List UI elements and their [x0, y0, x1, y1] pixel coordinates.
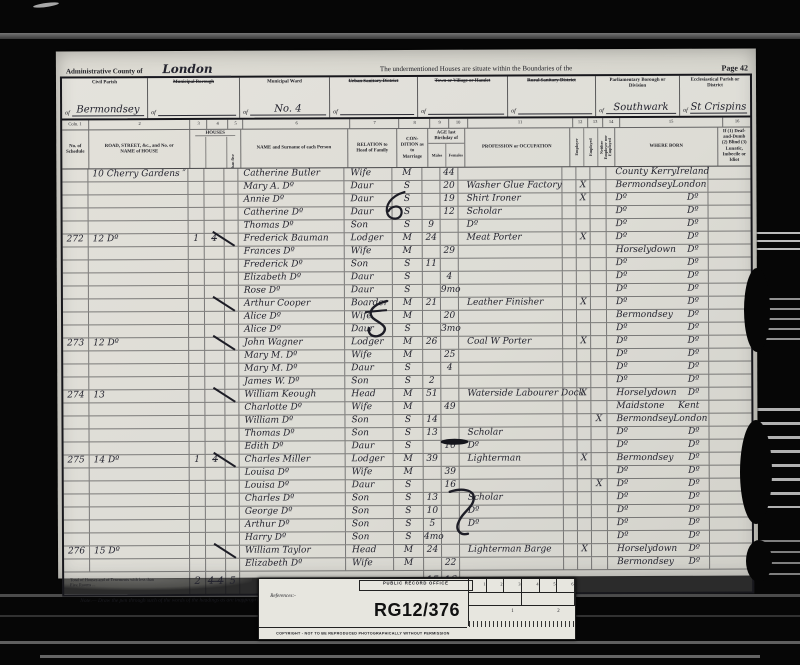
district-box: Parliamentary Borough or Division of Sou… [596, 76, 680, 116]
age-female-cell [442, 506, 460, 518]
schedule-number-cell [63, 416, 89, 428]
employed-mark-cell [577, 219, 591, 231]
born-place: Dº [616, 232, 628, 244]
employer-mark-cell [563, 310, 577, 322]
address-cell [90, 559, 190, 571]
pro-office-label: PUBLIC RECORD OFFICE [383, 582, 449, 586]
header-name: NAME and Surname of each Person [241, 129, 348, 167]
neither-mark-cell [591, 245, 607, 257]
header-age-label: AGE last Birthday of [432, 130, 461, 142]
houses-uninhabited-cell [205, 416, 225, 428]
relation-cell: Son [345, 259, 393, 271]
district-value: of Bermondsey [62, 95, 147, 119]
age-male-cell: 24 [424, 545, 442, 557]
header-employment-group: Employer Employed Neither Employer nor E… [570, 128, 615, 166]
ruler-cell: 4 [522, 579, 540, 592]
rooms-cell [225, 364, 239, 376]
column-header-row: No. of Schedule ROAD, STREET, &c., and N… [62, 128, 750, 170]
person-name-cell: Alice Dº [239, 324, 345, 336]
rooms-cell [226, 507, 240, 519]
person-name-cell: Charles Dº [240, 493, 346, 505]
employed-mark-cell [578, 505, 592, 517]
houses-inhabited-cell [189, 416, 205, 428]
rooms-cell [225, 403, 239, 415]
where-born-cell: Maidstone Kent [607, 401, 709, 413]
employer-mark-cell [563, 297, 577, 309]
schedule-number-cell [63, 273, 89, 285]
houses-total-label-text: Total of Houses and of Tenements with le… [70, 578, 156, 588]
schedule-number-cell: 275 [64, 455, 90, 467]
houses-inhabited-cell [190, 507, 206, 519]
employer-mark-cell [563, 375, 577, 387]
header-profession-label: PROFESSION or OCCUPATION [482, 144, 552, 150]
address-cell: 12 Dº [89, 234, 189, 246]
employer-mark-cell [563, 323, 577, 335]
houses-inhabited-cell [189, 299, 205, 311]
person-name-cell: Mary M. Dº [239, 350, 345, 362]
rooms-cell [225, 390, 239, 402]
district-box: Civil Parish of Bermondsey [62, 78, 148, 118]
column-number: 16 [723, 118, 750, 127]
employed-mark-cell [577, 284, 591, 296]
where-born-cell: Dº Dº [607, 362, 709, 374]
born-place: Dº [617, 531, 629, 543]
employer-mark-cell [562, 193, 576, 205]
born-place: Horselydown [616, 388, 676, 400]
person-name-cell: Arthur Cooper [239, 298, 345, 310]
employer-mark-cell [564, 492, 578, 504]
houses-uninhabited-cell [206, 494, 226, 506]
district-box: Rural Sanitary District of [508, 76, 596, 116]
employed-mark-cell [578, 531, 592, 543]
copyright-strip: COPYRIGHT - NOT TO BE REPRODUCED PHOTOGR… [259, 627, 467, 639]
employer-mark-cell [563, 401, 577, 413]
condition-cell: S [394, 493, 424, 505]
relation-cell: Daur [344, 181, 392, 193]
neither-mark-cell [592, 466, 608, 478]
occupation-cell [460, 557, 564, 569]
schedule-number-cell [63, 299, 89, 311]
infirmity-cell [709, 244, 751, 256]
neither-mark-cell [592, 440, 608, 452]
boundary-statement: The undermentioned Houses are situate wi… [231, 64, 722, 76]
address-cell [89, 221, 189, 233]
schedule-number-cell [64, 559, 90, 571]
rooms-cell [224, 182, 238, 194]
condition-cell: S [393, 363, 423, 375]
houses-uninhabited-cell [206, 507, 226, 519]
schedule-number-cell [62, 195, 88, 207]
where-born-cell: Horselydown Dº [607, 245, 709, 257]
district-value: of [148, 94, 239, 118]
occupation-cell [460, 466, 564, 478]
occupation-cell [459, 323, 563, 335]
where-born-cell: Bermondsey Dº [607, 310, 709, 322]
header-profession: PROFESSION or OCCUPATION [465, 128, 570, 166]
condition-cell: M [393, 233, 423, 245]
schedule-number-cell [63, 312, 89, 324]
person-name-cell: Charlotte Dº [239, 402, 345, 414]
born-place: Dº [616, 297, 628, 309]
district-label: Town or Village or Hamlet [426, 77, 499, 91]
scan-streak [756, 232, 800, 254]
relation-cell: Head [346, 545, 394, 557]
age-female-cell [441, 389, 459, 401]
age-female-cell: 44 [440, 168, 458, 180]
person-name-cell: James W. Dº [239, 376, 345, 388]
born-place: Dº [616, 349, 628, 361]
where-born-cell: Dº Dº [607, 284, 709, 296]
address-cell [89, 312, 189, 324]
schedule-number-cell [63, 377, 89, 389]
age-female-cell: 20 [441, 311, 459, 323]
person-name-cell: Thomas Dº [240, 428, 346, 440]
occupation-cell [459, 401, 563, 413]
infirmity-cell [709, 231, 751, 243]
schedule-number-cell [63, 260, 89, 272]
district-value: of Southwark [596, 92, 679, 116]
district-label: Ecclesiastical Parish or District [686, 76, 743, 90]
schedule-number-cell [64, 520, 90, 532]
employed-mark-cell [576, 167, 590, 179]
relation-cell: Wife [345, 246, 393, 258]
schedule-number-cell [64, 442, 90, 454]
infirmity-cell [710, 517, 752, 529]
schedule-number-cell [62, 169, 88, 181]
pro-office-box: PUBLIC RECORD OFFICE [359, 580, 473, 591]
header-employed-label: Employed [589, 138, 593, 156]
age-female-cell [442, 454, 460, 466]
neither-mark-cell [591, 349, 607, 361]
district-value-text [158, 115, 236, 116]
employed-mark-cell: X [577, 336, 591, 348]
condition-cell: S [394, 480, 424, 492]
employer-mark-cell [564, 531, 578, 543]
neither-mark-cell [591, 258, 607, 270]
neither-mark-cell [592, 518, 608, 530]
rooms-cell [225, 416, 239, 428]
schedule-number-cell [62, 182, 88, 194]
employed-mark-cell [578, 518, 592, 530]
relation-cell: Wife [344, 168, 392, 180]
employer-mark-cell [564, 557, 578, 569]
houses-inhabited-cell: 1 [190, 455, 206, 467]
relation-cell: Wife [346, 558, 394, 570]
occupation-cell [460, 531, 564, 543]
employed-mark-cell [577, 245, 591, 257]
schedule-number-cell [63, 351, 89, 363]
employed-mark-cell: X [577, 297, 591, 309]
rooms-cell [224, 195, 238, 207]
relation-cell: Lodger [345, 233, 393, 245]
age-male-cell [423, 350, 441, 362]
infirmity-cell [709, 257, 751, 269]
age-male-cell [423, 272, 441, 284]
employer-mark-cell [564, 544, 578, 556]
age-female-cell: 39 [442, 467, 460, 479]
born-county: Dº [688, 518, 700, 530]
condition-cell: M [393, 389, 423, 401]
district-value: of [418, 93, 507, 117]
occupation-cell: Dº [459, 219, 563, 231]
born-place: Bermondsey [616, 414, 673, 426]
where-born-cell: Horselydown Dº [607, 388, 709, 400]
person-name-cell: Catherine Dº [239, 207, 345, 219]
houses-uninhabited-cell [204, 182, 224, 194]
condition-cell: M [393, 246, 423, 258]
employer-mark-cell [564, 479, 578, 491]
person-name-cell: Frances Dº [239, 246, 345, 258]
district-label: Parliamentary Borough or Division [603, 76, 671, 90]
address-cell [90, 520, 190, 532]
born-county: Dº [689, 544, 701, 556]
rooms-cell [225, 208, 239, 220]
born-county: Dº [688, 427, 700, 439]
age-female-cell: 16 [442, 480, 460, 492]
employer-mark-cell [563, 219, 577, 231]
rooms-cell [225, 325, 239, 337]
employer-mark-cell [563, 271, 577, 283]
occupation-cell [459, 258, 563, 270]
relation-cell: Son [346, 493, 394, 505]
born-county: Kent [678, 401, 699, 413]
age-male-cell [422, 181, 440, 193]
occupation-cell: Waterside Labourer Dock [459, 388, 563, 400]
district-box: Ecclesiastical Parish or District of St … [680, 76, 750, 116]
person-name-cell: Alice Dº [239, 311, 345, 323]
born-place: Dº [617, 505, 629, 517]
column-number: 3 [190, 120, 207, 129]
age-male-cell [422, 194, 440, 206]
employer-mark-cell [562, 167, 576, 179]
relation-cell: Son [345, 376, 393, 388]
where-born-cell: Dº Dº [607, 336, 709, 348]
schedule-number-cell [63, 286, 89, 298]
houses-inhabited-cell [189, 351, 205, 363]
born-county: Dº [688, 310, 700, 322]
district-box: Urban Sanitary District of [330, 77, 418, 117]
district-value-text: St Crispins [690, 102, 747, 114]
occupation-cell [459, 375, 563, 387]
employer-mark-cell [563, 362, 577, 374]
where-born-cell: Dº Dº [608, 466, 710, 478]
address-cell [88, 182, 188, 194]
houses-inhabited-cell [189, 325, 205, 337]
houses-inhabited-cell [189, 403, 205, 415]
where-born-cell: Dº Dº [607, 297, 709, 309]
district-value: of [330, 94, 417, 118]
age-male-cell: 10 [424, 506, 442, 518]
age-female-cell: 19 [440, 194, 458, 206]
condition-cell: S [393, 285, 423, 297]
born-place: Bermondsey [615, 180, 672, 192]
age-female-cell: 3mo [441, 324, 459, 336]
born-county: Dº [687, 297, 699, 309]
census-form-page: Administrative County of London The unde… [56, 48, 758, 578]
born-place: Maidstone [616, 401, 664, 413]
rooms-cell [226, 559, 240, 571]
neither-mark-cell [591, 206, 607, 218]
houses-inhabited-cell [188, 182, 204, 194]
header-infirmity-label: If (1) Deaf-and-Dumb (2) Blind (3) Lunat… [721, 129, 747, 164]
rooms-cell [225, 299, 239, 311]
column-number: 5 [228, 120, 243, 129]
where-born-cell: Dº Dº [607, 427, 709, 439]
of-prefix: of [151, 110, 156, 116]
born-county: Dº [687, 232, 699, 244]
ruler-cell: 3 [504, 579, 522, 592]
neither-mark-cell [591, 284, 607, 296]
age-male-cell [423, 402, 441, 414]
houses-inhabited-cell [190, 494, 206, 506]
schedule-number-cell [64, 507, 90, 519]
person-name-cell: Annie Dº [238, 194, 344, 206]
person-name-cell: George Dº [240, 506, 346, 518]
relation-cell: Son [346, 519, 394, 531]
where-born-cell: Dº Dº [608, 531, 710, 543]
scanned-census-document: { "page": { "admin_county_label": "Admin… [0, 0, 800, 665]
ruler-cell: 6 [557, 579, 575, 592]
ruler-cell: 2 [487, 579, 505, 592]
infirmity-cell [709, 400, 751, 412]
age-female-cell: 10 [442, 441, 460, 453]
relation-cell: Daur [345, 272, 393, 284]
born-county: London [673, 414, 707, 426]
where-born-cell: Dº Dº [608, 440, 710, 452]
employer-mark-cell [564, 453, 578, 465]
address-cell [90, 494, 190, 506]
where-born-cell: Bermondsey London [606, 180, 708, 192]
header-name-label: NAME and Surname of each Person [257, 145, 332, 151]
address-cell [90, 468, 190, 480]
torn-edge [740, 420, 772, 524]
born-place: Horselydown [617, 544, 677, 556]
neither-mark-cell [591, 336, 607, 348]
rooms-cell [226, 442, 240, 454]
neither-mark-cell [590, 167, 606, 179]
rooms-cell [225, 312, 239, 324]
born-county: Dº [687, 206, 699, 218]
where-born-cell: Dº Dº [607, 258, 709, 270]
employer-mark-cell [563, 284, 577, 296]
scan-streak [0, 641, 800, 644]
column-number: 14 [603, 118, 620, 127]
census-table: Coln. 12345678910111213141516 No. of Sch… [60, 115, 754, 596]
where-born-cell: Dº Dº [608, 479, 710, 491]
occupation-cell: Meat Porter [459, 232, 563, 244]
age-male-cell [423, 207, 441, 219]
neither-mark-cell: X [591, 414, 607, 426]
schedule-number-cell: 272 [63, 234, 89, 246]
address-cell [89, 273, 189, 285]
header-road-label: ROAD, STREET, &c., and No. or NAME of HO… [99, 143, 179, 155]
born-county: Dº [688, 375, 700, 387]
houses-inhabited-cell [189, 364, 205, 376]
district-label: Municipal Ward [248, 77, 321, 91]
schedule-number-cell [63, 208, 89, 220]
born-county: Dº [688, 531, 700, 543]
houses-inhabited-cell [190, 481, 206, 493]
district-label: Urban Sanitary District [338, 77, 409, 91]
where-born-cell: Dº Dº [607, 206, 709, 218]
condition-cell: S [394, 506, 424, 518]
houses-inhabited-cell [189, 286, 205, 298]
condition-cell: S [394, 441, 424, 453]
district-box: Town or Village or Hamlet of [418, 77, 508, 117]
condition-cell: S [393, 428, 423, 440]
born-place: Dº [616, 323, 628, 335]
district-value: of St Crispins [680, 92, 750, 116]
born-place: Dº [616, 375, 628, 387]
occupation-cell: Dº [460, 505, 564, 517]
born-place: Dº [616, 427, 628, 439]
houses-inhabited-cell [188, 195, 204, 207]
inhabited-total: 2 [190, 572, 206, 594]
employer-mark-cell [563, 336, 577, 348]
header-rooms: Number of rooms occupied if less than fi… [227, 137, 241, 168]
born-place: Horselydown [616, 245, 676, 257]
born-place: Bermondsey [616, 310, 673, 322]
relation-cell: Wife [345, 402, 393, 414]
employed-mark-cell [577, 258, 591, 270]
header-relation-label: RELATION to Head of Family [353, 142, 391, 154]
born-place: County Kerry [615, 167, 676, 179]
employed-mark-cell [577, 414, 591, 426]
neither-mark-cell [591, 271, 607, 283]
reference-label: References:- [270, 593, 296, 598]
column-number: 15 [620, 118, 723, 127]
district-value: of No. 4 [240, 94, 329, 118]
person-name-cell: Mary M. Dº [239, 363, 345, 375]
reference-number: RG12/376 [347, 600, 487, 621]
condition-cell: S [393, 324, 423, 336]
occupation-cell [459, 284, 563, 296]
column-number: 7 [350, 119, 399, 128]
neither-mark-cell [591, 427, 607, 439]
age-male-cell [423, 285, 441, 297]
employer-mark-cell [563, 414, 577, 426]
relation-cell: Lodger [346, 454, 394, 466]
person-name-cell: Catherine Butler [238, 168, 344, 180]
address-cell [89, 403, 189, 415]
ruler-cell: 1 [469, 579, 487, 592]
schedule-number-cell [64, 468, 90, 480]
header-employed: Employed [584, 128, 598, 166]
houses-uninhabited-cell [205, 208, 225, 220]
neither-mark-cell [591, 232, 607, 244]
rooms-cell [225, 273, 239, 285]
houses-uninhabited-cell [205, 260, 225, 272]
born-county: Dº [688, 453, 700, 465]
address-cell [89, 416, 189, 428]
relation-cell: Daur [345, 285, 393, 297]
born-county: Dº [688, 349, 700, 361]
employed-mark-cell [578, 479, 592, 491]
age-female-cell [441, 233, 459, 245]
occupation-cell: Scholar [459, 206, 563, 218]
born-place: Dº [616, 206, 628, 218]
age-female-cell: 49 [441, 402, 459, 414]
schedule-number-cell [63, 325, 89, 337]
rooms-cell [226, 455, 240, 467]
employed-mark-cell [578, 492, 592, 504]
age-male-cell: 51 [423, 389, 441, 401]
employed-mark-cell: X [576, 180, 590, 192]
houses-uninhabited-cell [205, 403, 225, 415]
header-infirmity: If (1) Deaf-and-Dumb (2) Blind (3) Lunat… [718, 128, 750, 166]
person-name-cell: William Taylor [240, 545, 346, 557]
houses-inhabited-cell [189, 208, 205, 220]
